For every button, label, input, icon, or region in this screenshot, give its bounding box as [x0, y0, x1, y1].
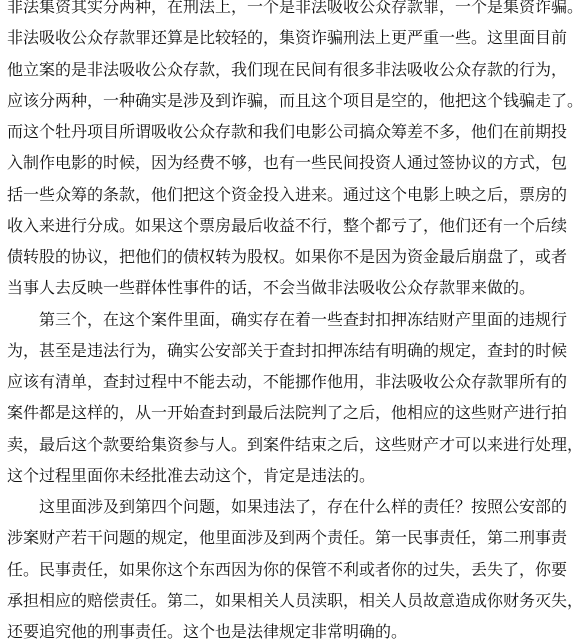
document-page: 非法集资其实分两种，在刑法上，一个是非法吸收公众存款罪，一个是集资诈骗。 非法吸… — [7, 0, 562, 642]
text-line: 承担相应的赔偿责任。第二，如果相关人员渎职，相关人员故意造成你财务灭失， — [7, 585, 562, 616]
text-line: 当事人去反映一些群体性事件的话，不会当做非法吸收公众存款罪来做的。 — [7, 272, 562, 303]
paragraph-1: 非法集资其实分两种，在刑法上，一个是非法吸收公众存款罪，一个是集资诈骗。 非法吸… — [7, 0, 562, 304]
text-line: 案件都是这样的，从一开始查封到最后法院判了之后，他相应的这些财产进行拍 — [7, 397, 562, 428]
text-line: 收入来进行分成。如果这个票房最后收益不行，整个都亏了，他们还有一个后续 — [7, 210, 562, 241]
text-line: 他立案的是非法吸收公众存款，我们现在民间有很多非法吸收公众存款的行为， — [7, 54, 562, 85]
text-line: 括一些众筹的条款，他们把这个资金投入进来。通过这个电影上映之后，票房的 — [7, 179, 562, 210]
text-line: 非法集资其实分两种，在刑法上，一个是非法吸收公众存款罪，一个是集资诈骗。 — [7, 0, 562, 22]
text-line: 任。民事责任，如果你这个东西因为你的保管不利或者你的过失，丢失了，你要 — [7, 554, 562, 585]
text-line: 非法吸收公众存款罪还算是比较轻的，集资诈骗刑法上更严重一些。这里面目前 — [7, 22, 562, 53]
text-line: 卖，最后这个款要给集资参与人。到案件结束之后，这些财产才可以来进行处理， — [7, 429, 562, 460]
text-line: 这里面涉及到第四个问题，如果违法了，存在什么样的责任？按照公安部的 — [7, 491, 562, 522]
text-line: 债转股的协议，把他们的债权转为股权。如果你不是因为资金最后崩盘了，或者 — [7, 241, 562, 272]
text-line: 应该有清单，查封过程中不能去动，不能挪作他用，非法吸收公众存款罪所有的 — [7, 366, 562, 397]
text-line: 第三个，在这个案件里面，确实存在着一些查封扣押冻结财产里面的违规行 — [7, 304, 562, 335]
text-line: 入制作电影的时候，因为经费不够，也有一些民间投资人通过签协议的方式，包 — [7, 147, 562, 178]
text-line: 还要追究他的刑事责任。这个也是法律规定非常明确的。 — [7, 616, 562, 642]
text-line: 应该分两种，一种确实是涉及到诈骗，而且这个项目是空的，他把这个钱骗走了。 — [7, 85, 562, 116]
text-line: 而这个牡丹项目所谓吸收公众存款和我们电影公司搞众筹差不多，他们在前期投 — [7, 116, 562, 147]
text-line: 涉案财产若干问题的规定，他里面涉及到两个责任。第一民事责任，第二刑事责 — [7, 522, 562, 553]
paragraph-3: 这里面涉及到第四个问题，如果违法了，存在什么样的责任？按照公安部的 涉案财产若干… — [7, 491, 562, 642]
text-line: 为，甚至是违法行为，确实公安部关于查封扣押冻结有明确的规定，查封的时候 — [7, 335, 562, 366]
text-line: 这个过程里面你未经批准去动这个，肯定是违法的。 — [7, 460, 562, 491]
paragraph-2: 第三个，在这个案件里面，确实存在着一些查封扣押冻结财产里面的违规行 为，甚至是违… — [7, 304, 562, 492]
